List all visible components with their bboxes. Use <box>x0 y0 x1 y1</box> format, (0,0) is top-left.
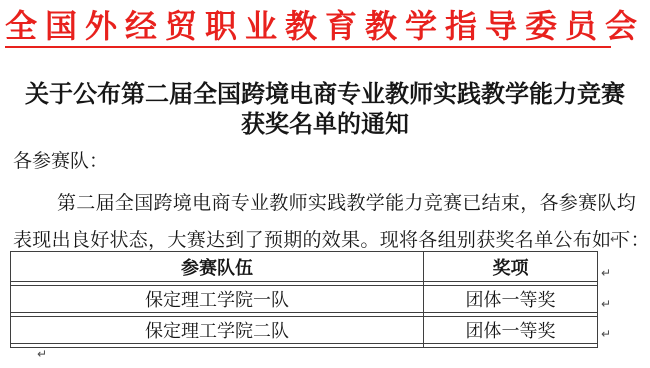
paragraph-mark: ↵ <box>601 298 611 310</box>
doc-title-line1: 关于公布第二届全国跨境电商专业教师实践教学能力竞赛 <box>15 80 635 110</box>
table-header-award: 奖项 <box>424 252 598 282</box>
table-spacer-cell <box>11 344 424 348</box>
salutation-line: 各参赛队： <box>13 150 108 174</box>
paragraph-mark: ↵ <box>601 267 611 279</box>
paragraph-mark: ↵ <box>37 348 47 360</box>
table-cell-team-1: 保定理工学院一队 <box>11 286 424 313</box>
doc-title-line2: 获奖名单的通知 <box>15 110 635 140</box>
doc-title: 关于公布第二届全国跨境电商专业教师实践教学能力竞赛 获奖名单的通知 <box>15 80 635 140</box>
table-cell-award-1: 团体一等奖 <box>424 286 598 313</box>
paragraph-mark: ↵ <box>601 328 611 340</box>
table-cell-award-2: 团体一等奖 <box>424 317 598 344</box>
awards-table: 参赛队伍 奖项 保定理工学院一队 团体一等奖 保定理工学院二队 团体一等奖 <box>10 251 598 348</box>
table-header-team: 参赛队伍 <box>11 252 424 282</box>
table-cell-team-2: 保定理工学院二队 <box>11 317 424 344</box>
body-paragraph-line1: 第二届全国跨境电商专业教师实践教学能力竞赛已结束，各参赛队均 <box>13 192 647 216</box>
paragraph-mark: ↵ <box>610 233 620 245</box>
table-row: 保定理工学院一队 团体一等奖 <box>11 286 598 313</box>
table-header-row: 参赛队伍 奖项 <box>11 252 598 282</box>
body-paragraph-line2: 表现出良好状态，大赛达到了预期的效果。现将各组别获奖名单公布如下： <box>13 229 647 253</box>
document-page: 全国外经贸职业教育教学指导委员会 关于公布第二届全国跨境电商专业教师实践教学能力… <box>0 0 650 368</box>
table-spacer-row <box>11 344 598 348</box>
table-row: 保定理工学院二队 团体一等奖 <box>11 317 598 344</box>
table-spacer-cell <box>424 344 598 348</box>
org-header-title: 全国外经贸职业教育教学指导委员会 <box>5 6 611 48</box>
